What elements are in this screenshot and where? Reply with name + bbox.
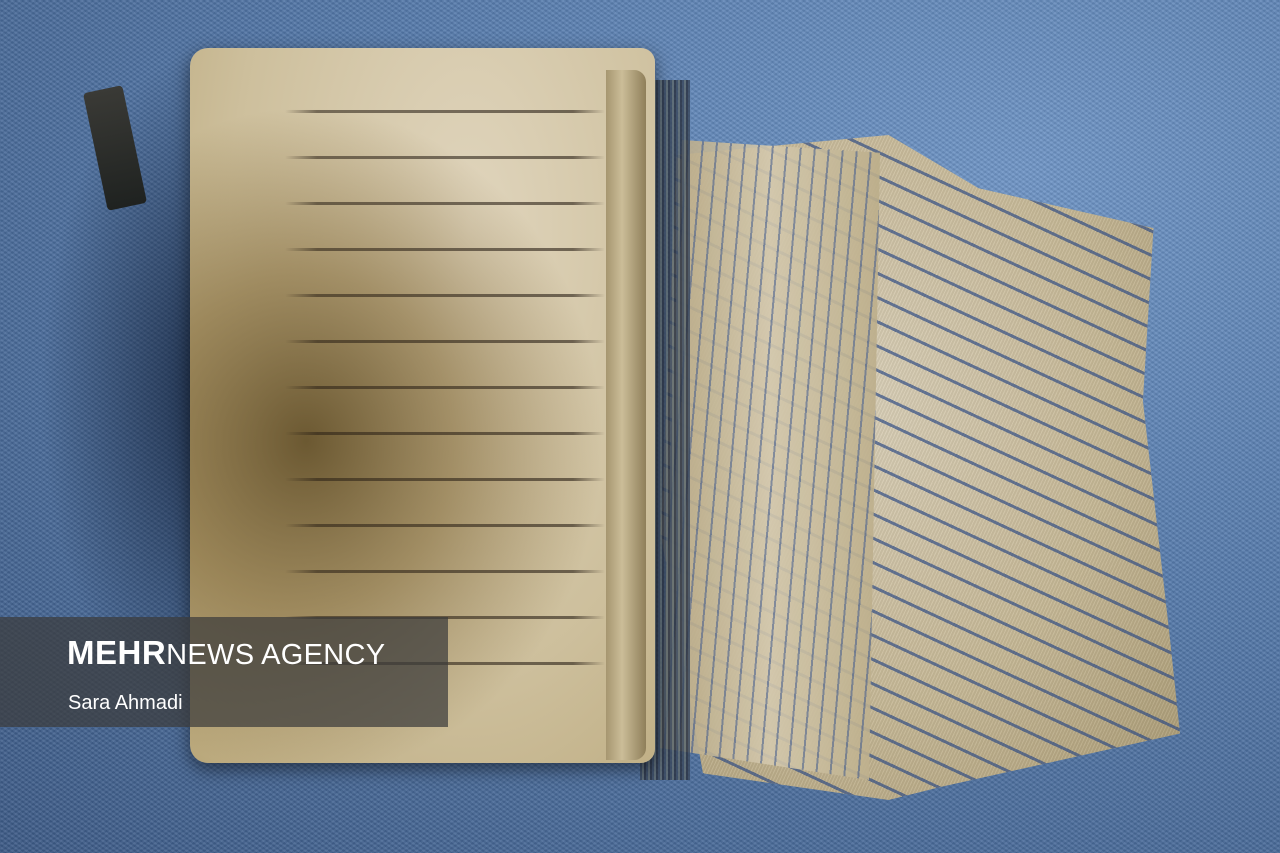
photographer-credit: Sara Ahmadi <box>68 692 183 715</box>
text-line <box>285 156 605 159</box>
text-line <box>285 478 605 481</box>
text-line <box>285 340 605 343</box>
page-edge <box>606 70 646 760</box>
text-line <box>285 386 605 389</box>
text-line <box>285 432 605 435</box>
text-line <box>285 524 605 527</box>
brand-light: NEWS AGENCY <box>166 639 385 671</box>
cloth-fold <box>660 140 880 780</box>
photo: MEHRNEWS AGENCY Sara Ahmadi <box>0 0 1280 853</box>
text-line <box>285 570 605 573</box>
watermark-brand: MEHRNEWS AGENCY <box>67 636 385 670</box>
text-line <box>285 248 605 251</box>
brand-bold: MEHR <box>67 634 166 671</box>
text-line <box>285 110 605 113</box>
text-line <box>285 202 605 205</box>
text-line <box>285 294 605 297</box>
watermark-overlay: MEHRNEWS AGENCY Sara Ahmadi <box>0 617 448 727</box>
